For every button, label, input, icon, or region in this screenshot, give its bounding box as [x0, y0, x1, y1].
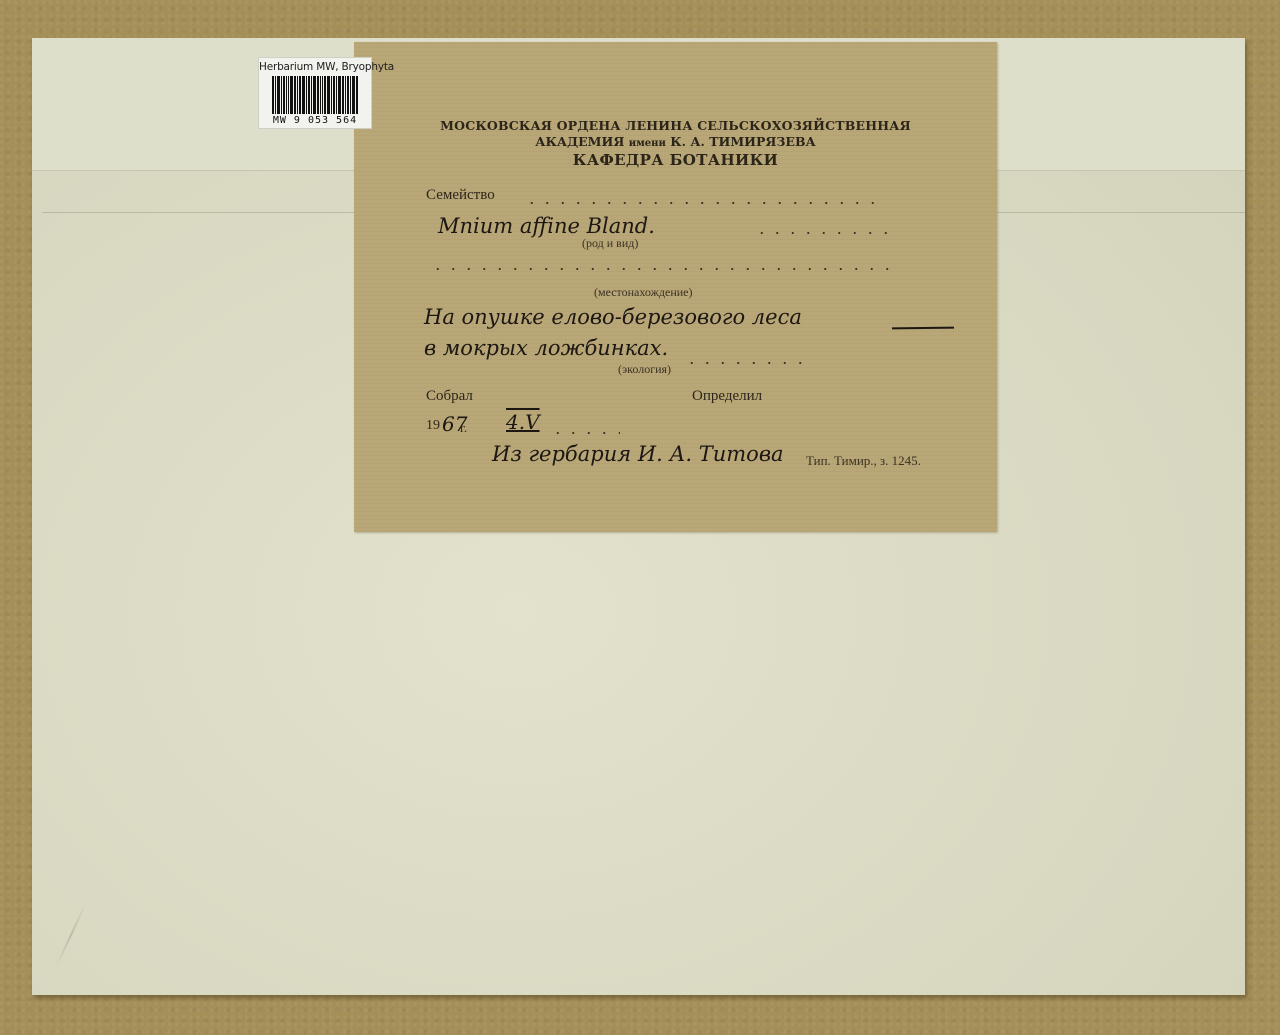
institution-academy: АКАДЕМИЯ: [535, 134, 624, 149]
barcode-icon: [267, 76, 363, 114]
herbarium-name: Herbarium MW, Bryophyta: [259, 61, 371, 73]
locality-caption: (местонахождение): [594, 285, 693, 300]
provenance-handwritten: Из гербария И. А. Титова: [492, 442, 784, 466]
collector-field-label: Собрал: [426, 388, 473, 405]
paper-crease: [55, 903, 86, 967]
genus-species-caption: (род и вид): [582, 236, 638, 251]
ecology-caption: (экология): [618, 362, 671, 377]
department-name: КАФЕДРА БОТАНИКИ: [354, 151, 997, 169]
ecology-dotted-line: [684, 362, 804, 364]
date-dotted-line: [550, 432, 620, 434]
barcode-sticker: Herbarium MW, Bryophyta MW 9 053 564: [258, 57, 372, 129]
taxon-dotted-line: [754, 232, 889, 234]
date-handwritten: 4.V: [506, 410, 540, 434]
year-suffix: г.: [460, 420, 467, 436]
ink-underline: [892, 327, 954, 330]
family-field-label: Семейство: [426, 187, 495, 204]
taxon-handwritten: Mnium affine Bland.: [438, 214, 655, 238]
institution-name-line2: АКАДЕМИЯ имени К. А. ТИМИРЯЗЕВА: [354, 134, 997, 149]
institution-namesake: К. А. ТИМИРЯЗЕВА: [670, 134, 815, 149]
family-dotted-line: [524, 202, 884, 204]
institution-named-after: имени: [629, 138, 666, 149]
year-prefix: 19: [426, 418, 440, 434]
locality-dotted-line-1: [430, 268, 890, 270]
catalog-number: MW 9 053 564: [259, 115, 371, 126]
locality-handwritten-line1: На опушке елово-березового леса: [424, 305, 802, 329]
locality-handwritten-line2: в мокрых ложбинках.: [424, 336, 668, 360]
institution-name-line1: МОСКОВСКАЯ ОРДЕНА ЛЕНИНА СЕЛЬСКОХОЗЯЙСТВ…: [354, 118, 997, 133]
herbarium-label: МОСКОВСКАЯ ОРДЕНА ЛЕНИНА СЕЛЬСКОХОЗЯЙСТВ…: [354, 42, 997, 532]
determiner-field-label: Определил: [692, 388, 762, 405]
printing-reference: Тип. Тимир., з. 1245.: [806, 453, 921, 469]
